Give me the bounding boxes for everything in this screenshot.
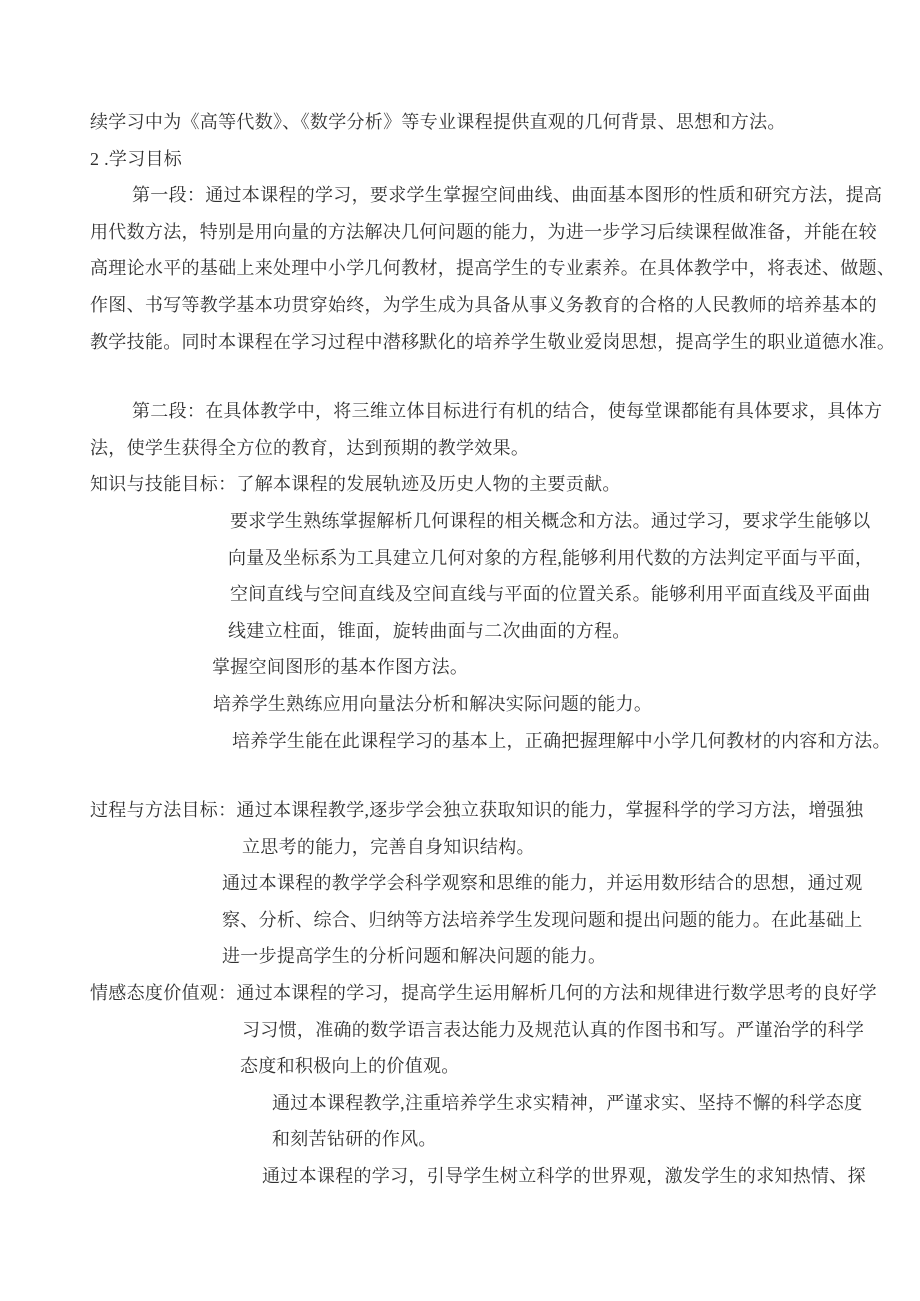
text-line: 作图、书写等教学基本功贯穿始终，为学生成为具备从事义务教育的合格的人民教师的培养… bbox=[90, 287, 892, 324]
text-line: 通过本课程的教学学会科学观察和思维的能力，并运用数形结合的思想，通过观 bbox=[90, 865, 892, 902]
text-line: 续学习中为《高等代数》、《数学分析》等专业课程提供直观的几何背景、思想和方法。 bbox=[90, 104, 892, 141]
text-line: 掌握空间图形的基本作图方法。 bbox=[90, 649, 892, 686]
text-line: 第一段：通过本课程的学习，要求学生掌握空间曲线、曲面基本图形的性质和研究方法，提… bbox=[90, 177, 892, 214]
text-line: 空间直线与空间直线及空间直线与平面的位置关系。能够利用平面直线及平面曲 bbox=[90, 576, 892, 613]
text-line: 习习惯，准确的数学语言表达能力及规范认真的作图书和写。严谨治学的科学 bbox=[90, 1012, 892, 1049]
text-line: 知识与技能目标：了解本课程的发展轨迹及历史人物的主要贡献。 bbox=[90, 466, 892, 503]
text-line: 情感态度价值观：通过本课程的学习，提高学生运用解析几何的方法和规律进行数学思考的… bbox=[90, 975, 892, 1012]
text-line: 态度和积极向上的价值观。 bbox=[90, 1048, 892, 1085]
text-line: 察、分析、综合、归纳等方法培养学生发现问题和提出问题的能力。在此基础上 bbox=[90, 902, 892, 939]
text-line: 教学技能。同时本课程在学习过程中潜移默化的培养学生敬业爱岗思想，提高学生的职业道… bbox=[90, 324, 892, 361]
text-line: 通过本课程教学,注重培养学生求实精神，严谨求实、坚持不懈的科学态度 bbox=[90, 1085, 892, 1122]
text-line: 线建立柱面，锥面，旋转曲面与二次曲面的方程。 bbox=[90, 613, 892, 650]
text-line: 用代数方法，特别是用向量的方法解决几何问题的能力，为进一步学习后续课程做准备，并… bbox=[90, 214, 892, 251]
text-line: 培养学生熟练应用向量法分析和解决实际问题的能力。 bbox=[90, 686, 892, 723]
text-line: 向量及坐标系为工具建立几何对象的方程,能够利用代数的方法判定平面与平面， bbox=[90, 540, 892, 577]
text-line: 第二段：在具体教学中，将三维立体目标进行有机的结合，使每堂课都能有具体要求，具体… bbox=[90, 393, 892, 430]
text-line: 通过本课程的学习，引导学生树立科学的世界观，激发学生的求知热情、探 bbox=[90, 1158, 892, 1195]
section-heading: 2 .学习目标 bbox=[90, 141, 892, 178]
text-line: 和刻苦钻研的作风。 bbox=[90, 1121, 892, 1158]
text-line: 法，使学生获得全方位的教育，达到预期的教学效果。 bbox=[90, 430, 892, 467]
blank-line bbox=[90, 360, 892, 393]
text-line: 要求学生熟练掌握解析几何课程的相关概念和方法。通过学习，要求学生能够以 bbox=[90, 503, 892, 540]
blank-line bbox=[90, 759, 892, 792]
text-line: 立思考的能力，完善自身知识结构。 bbox=[90, 829, 892, 866]
text-line: 培养学生能在此课程学习的基本上，正确把握理解中小学几何教材的内容和方法。 bbox=[90, 723, 892, 760]
text-line: 高理论水平的基础上来处理中小学几何教材，提高学生的专业素养。在具体教学中，将表述… bbox=[90, 250, 892, 287]
text-line: 进一步提高学生的分析问题和解决问题的能力。 bbox=[90, 938, 892, 975]
document-page: 续学习中为《高等代数》、《数学分析》等专业课程提供直观的几何背景、思想和方法。 … bbox=[0, 0, 920, 1301]
text-line: 过程与方法目标：通过本课程教学,逐步学会独立获取知识的能力，掌握科学的学习方法，… bbox=[90, 792, 892, 829]
